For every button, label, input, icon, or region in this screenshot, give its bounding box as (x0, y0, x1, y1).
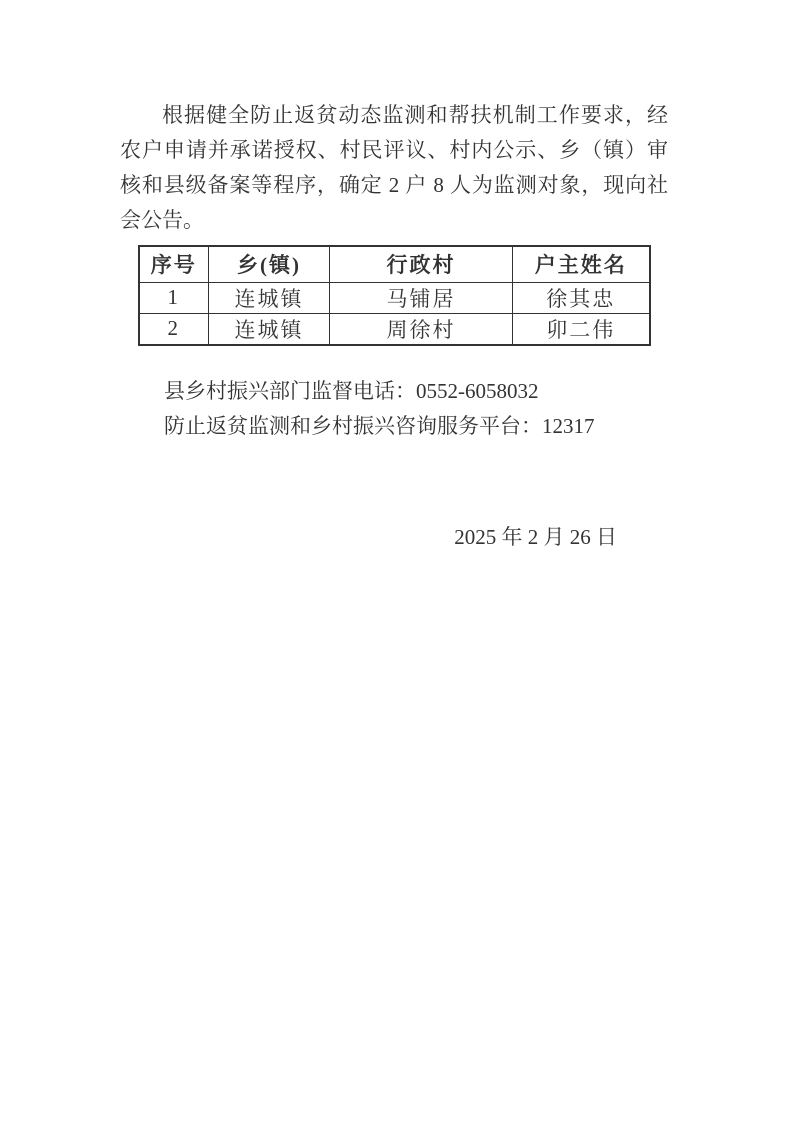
document-date: 2025 年 2 月 26 日 (120, 520, 668, 555)
paragraph-line-3: 核和县级备案等程序，确定 2 户 8 人为监测对象，现向社 (120, 168, 668, 203)
service-platform-line: 防止返贫监测和乡村振兴咨询服务平台：12317 (120, 409, 668, 444)
table-row: 2 连城镇 周徐村 卯二伟 (139, 313, 650, 345)
table-header-village: 行政村 (330, 246, 513, 282)
table-cell-village: 周徐村 (330, 313, 513, 345)
supervision-phone-line: 县乡村振兴部门监督电话：0552-6058032 (120, 374, 668, 409)
paragraph-line-2: 农户申请并承诺授权、村民评议、村内公示、乡（镇）审 (120, 133, 668, 168)
table-row: 1 连城镇 马铺居 徐其忠 (139, 282, 650, 313)
table-header-serial-number: 序号 (139, 246, 209, 282)
monitoring-objects-table: 序号 乡(镇) 行政村 户主姓名 1 连城镇 马铺居 徐其忠 2 连城镇 周徐村… (138, 245, 651, 346)
table-cell-township: 连城镇 (209, 282, 330, 313)
table-cell-serial-number: 2 (139, 313, 209, 345)
table-header-township: 乡(镇) (209, 246, 330, 282)
table-header-row: 序号 乡(镇) 行政村 户主姓名 (139, 246, 650, 282)
contact-info-block: 县乡村振兴部门监督电话：0552-6058032 防止返贫监测和乡村振兴咨询服务… (120, 374, 668, 444)
announcement-paragraph: 根据健全防止返贫动态监测和帮扶机制工作要求，经 农户申请并承诺授权、村民评议、村… (120, 98, 668, 238)
paragraph-line-1: 根据健全防止返贫动态监测和帮扶机制工作要求，经 (120, 98, 668, 133)
table-header-householder-name: 户主姓名 (513, 246, 650, 282)
table-cell-householder-name: 卯二伟 (513, 313, 650, 345)
table-cell-householder-name: 徐其忠 (513, 282, 650, 313)
table-cell-township: 连城镇 (209, 313, 330, 345)
paragraph-line-4: 会公告。 (120, 203, 668, 238)
table-cell-village: 马铺居 (330, 282, 513, 313)
document-page: 根据健全防止返贫动态监测和帮扶机制工作要求，经 农户申请并承诺授权、村民评议、村… (0, 0, 793, 1122)
table-cell-serial-number: 1 (139, 282, 209, 313)
